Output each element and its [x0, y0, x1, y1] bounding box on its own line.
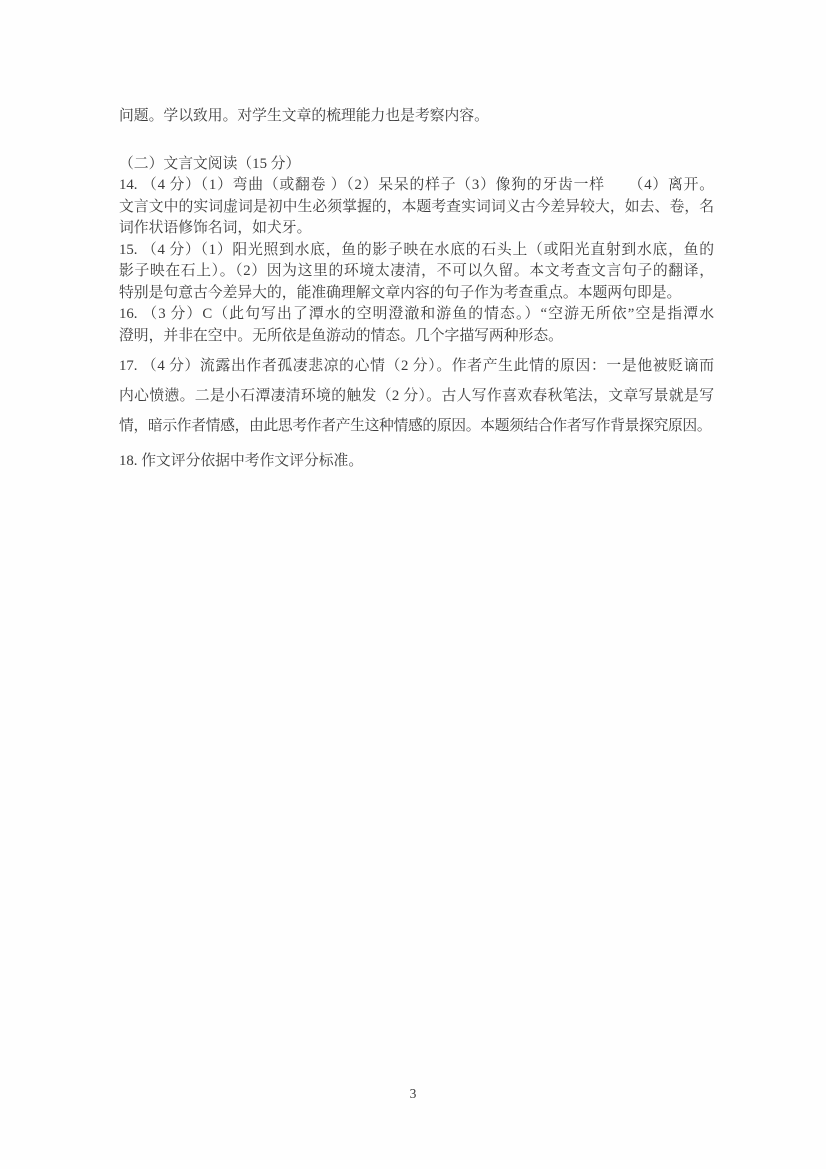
answer-q14-line-2: 文言文中的实词虚词是初中生必须掌握的，本题考查实词词义古今差异较大，如去、卷，名 — [119, 197, 714, 219]
intro-text: 问题。学以致用。对学生文章的梳理能力也是考察内容。 — [119, 106, 714, 128]
answer-sheet-content: 问题。学以致用。对学生文章的梳理能力也是考察内容。 （二）文言文阅读（15 分）… — [119, 106, 714, 476]
answer-q14-line-1: 14. （4 分）（1）弯曲（或翻卷 ）（2）呆呆的样子（3）像狗的牙齿一样 （… — [119, 175, 714, 197]
answer-q18: 18. 作文评分依据中考作文评分标准。 — [119, 446, 714, 476]
answer-q16-line-1: 16. （3 分）C（此句写出了潭水的空明澄澈和游鱼的情态。）“空游无所依”空是… — [119, 304, 714, 326]
answer-q17-line-1: 17. （4 分）流露出作者孤凄悲凉的心情（2 分）。作者产生此情的原因：一是他… — [119, 351, 714, 381]
answer-q17-line-2: 内心愤懑。二是小石潭凄清环境的触发（2 分）。古人写作喜欢春秋笔法，文章写景就是… — [119, 381, 714, 411]
answer-q15-line-2: 影子映在石上）。（2）因为这里的环境太凄清，不可以久留。本文考查文言句子的翻译， — [119, 261, 714, 283]
document-page: 问题。学以致用。对学生文章的梳理能力也是考察内容。 （二）文言文阅读（15 分）… — [0, 0, 826, 1169]
page-footer: 3 — [0, 1086, 826, 1102]
answer-q18-line-1: 18. 作文评分依据中考作文评分标准。 — [119, 446, 714, 476]
answer-q14: 14. （4 分）（1）弯曲（或翻卷 ）（2）呆呆的样子（3）像狗的牙齿一样 （… — [119, 175, 714, 240]
page-number: 3 — [410, 1086, 417, 1101]
answer-q15-line-3: 特别是句意古今差异大的，能准确理解文章内容的句子作为考查重点。本题两句即是。 — [119, 283, 714, 305]
section-heading: （二）文言文阅读（15 分） — [119, 154, 714, 176]
answer-q16: 16. （3 分）C（此句写出了潭水的空明澄澈和游鱼的情态。）“空游无所依”空是… — [119, 304, 714, 347]
answer-q17: 17. （4 分）流露出作者孤凄悲凉的心情（2 分）。作者产生此情的原因：一是他… — [119, 351, 714, 441]
answer-q14-line-3: 词作状语修饰名词，如犬牙。 — [119, 218, 714, 240]
answer-q15-line-1: 15. （4 分）（1）阳光照到水底，鱼的影子映在水底的石头上（或阳光直射到水底… — [119, 240, 714, 262]
answer-q16-line-2: 澄明，并非在空中。无所依是鱼游动的情态。几个字描写两种形态。 — [119, 326, 714, 348]
answer-q17-line-3: 情，暗示作者情感，由此思考作者产生这种情感的原因。本题须结合作者写作背景探究原因… — [119, 411, 714, 441]
answer-q15: 15. （4 分）（1）阳光照到水底，鱼的影子映在水底的石头上（或阳光直射到水底… — [119, 240, 714, 305]
